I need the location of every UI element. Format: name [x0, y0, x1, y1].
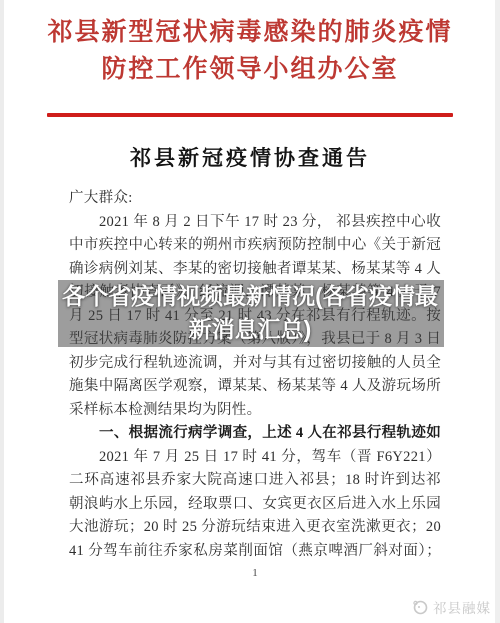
page-left-edge: [0, 0, 4, 623]
document-line: 一、根据流行病学调查，上述 4 人在祁县行程轨迹如下: [69, 422, 441, 446]
qixian-media-logo-icon: [412, 599, 428, 615]
document-line: 广大群众:: [69, 187, 441, 211]
caption-line2: 新消息汇总): [30, 313, 470, 346]
page-right-edge: [495, 0, 500, 623]
document-line: 朝浪屿水上乐园，经取票口、女宾更衣区后进入水上乐园冲浪: [69, 493, 441, 517]
document-title: 祁县新冠疫情协查通告: [0, 142, 500, 172]
document-line: 大池游玩；20 时 25 分游玩结束进入更衣室洗漱更衣；20 时: [69, 516, 441, 540]
office-header-line2: 防控工作领导小组办公室: [20, 51, 480, 88]
document-line: 确诊病例刘某、李某的密切接触者谭某某、杨某某等 4 人的密: [69, 258, 441, 282]
document-line: 采样标本检测结果均为阴性。: [69, 399, 441, 423]
document-line: 施集中隔离医学观察，谭某某、杨某某等 4 人及游玩场所环境: [69, 375, 441, 399]
page-number: 1: [69, 567, 441, 579]
office-header-line1: 祁县新型冠状病毒感染的肺炎疫情: [20, 14, 480, 51]
caption-overlay-text: 各个省疫情视频最新情况(各省疫情最 新消息汇总): [30, 280, 470, 346]
document-line: 41 分驾车前往乔家私房菜削面馆（燕京啤酒厂斜对面）；20: [69, 540, 441, 564]
caption-line1: 各个省疫情视频最新情况(各省疫情最: [30, 280, 470, 313]
document-body: 广大群众:2021 年 8 月 2 日下午 17 时 23 分， 祁县疾控中心收…: [69, 187, 441, 563]
office-header: 祁县新型冠状病毒感染的肺炎疫情 防控工作领导小组办公室: [20, 14, 480, 88]
document-line: 2021 年 8 月 2 日下午 17 时 23 分， 祁县疾控中心收到晋: [69, 211, 441, 235]
document-page: 祁县新型冠状病毒感染的肺炎疫情 防控工作领导小组办公室 祁县新冠疫情协查通告 广…: [0, 0, 500, 623]
watermark-label: 祁县融媒: [433, 597, 491, 617]
document-line: 中市疾控中心转来的朔州市疾病预防控制中心《关于新冠肺炎: [69, 234, 441, 258]
document-line: 初步完成行程轨迹流调，并对与其有过密切接触的人员全部实: [69, 352, 441, 376]
document-line: 2021 年 7 月 25 日 17 时 41 分，驾车（晋 F6Y221）从太…: [69, 446, 441, 470]
red-divider-rule: [47, 113, 453, 117]
document-line: 二环高速祁县乔家大院高速口进入祁县；18 时许到达祁县千: [69, 469, 441, 493]
watermark: 祁县融媒: [412, 597, 491, 617]
